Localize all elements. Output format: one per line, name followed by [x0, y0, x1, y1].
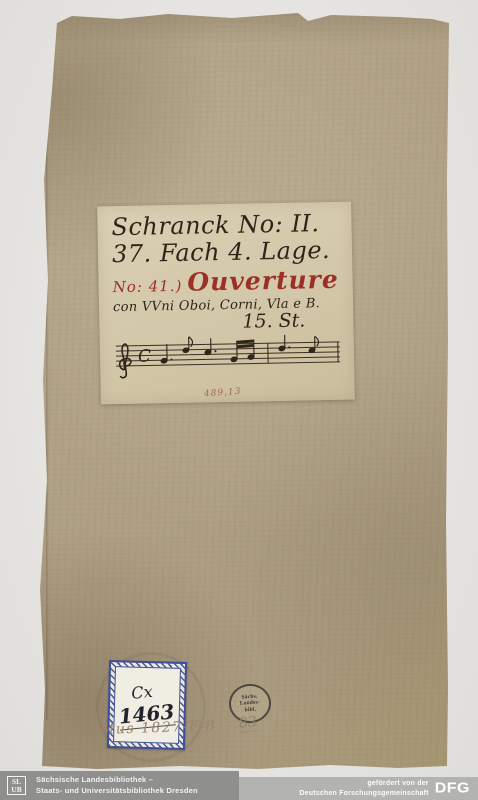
- shelfmark-prefix: Cx: [131, 681, 154, 702]
- slub-logo-bottom: UB: [11, 786, 21, 794]
- dfg-logo: DFG: [435, 780, 470, 797]
- library-name: Sächsische Landesbibliothek – Staats- un…: [36, 775, 198, 796]
- funding-credit-line2: Deutschen Forschungsgemeinschaft: [299, 789, 428, 798]
- label-line-instrumentation: con VVni Oboi, Corni, Vla e B.: [113, 296, 343, 315]
- slub-logo-icon: SL UB: [7, 776, 26, 795]
- library-banner: SL UB Sächsische Landesbibliothek – Staa…: [0, 771, 239, 800]
- pencil-page-number: 83: [238, 714, 258, 733]
- stamp-line-3: bibl.: [244, 706, 256, 713]
- time-signature: C: [138, 346, 151, 366]
- label-line-fach: 37. Fach 4. Lage.: [112, 237, 342, 268]
- label-number-prefix: No: 41.): [112, 277, 182, 296]
- label-work-title: Ouverture: [187, 265, 339, 297]
- funding-credit-line1: gefördert von der: [299, 779, 428, 788]
- music-incipit: C: [114, 332, 343, 380]
- funding-banner: gefördert von der Deutschen Forschungsge…: [239, 777, 478, 800]
- library-name-line1: Sächsische Landesbibliothek –: [36, 775, 198, 786]
- label-line-title: No: 41.) Ouverture: [112, 265, 343, 298]
- cover-crease: [46, 120, 49, 720]
- main-label: Schranck No: II. 37. Fach 4. Lage. No: 4…: [97, 202, 355, 405]
- library-name-line2: Staats- und Universitätsbibliothek Dresd…: [36, 786, 198, 797]
- funding-credit: gefördert von der Deutschen Forschungsge…: [299, 779, 428, 797]
- digitized-page: Schranck No: II. 37. Fach 4. Lage. No: 4…: [0, 0, 478, 800]
